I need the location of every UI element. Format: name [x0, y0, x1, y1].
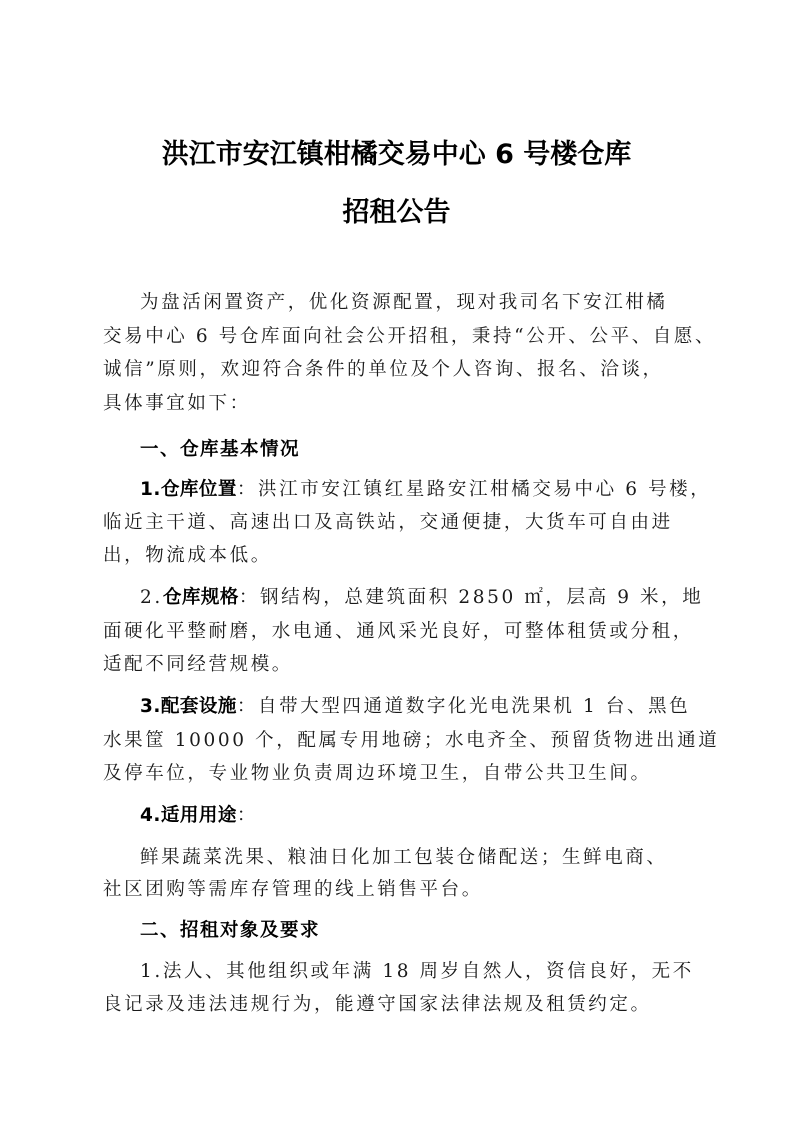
item-3-number: 3.	[140, 696, 161, 717]
intro-line-1: 为盘活闲置资产，优化资源配置，现对我司名下安江柑橘	[140, 290, 668, 316]
item-1-line-3: 出，物流成本低。	[103, 543, 272, 569]
item-3-line-2: 水果筐 10000 个，配属专用地磅；水电齐全、预留货物进出通道	[103, 728, 719, 754]
item-1-label: 仓库位置	[161, 479, 237, 500]
document-title-line-1: 洪江市安江镇柑橘交易中心 6 号楼仓库	[0, 138, 793, 172]
item-2-colon: ：	[239, 587, 260, 608]
document-title-line-2: 招租公告	[0, 196, 793, 230]
item-3-line-1: 自带大型四通道数字化光电洗果机 1 台、黑色	[258, 696, 690, 717]
item-4-line-2: 社区团购等需库存管理的线上销售平台。	[103, 877, 483, 903]
section-2-item-1-line-1: 1.法人、其他组织或年满 18 周岁自然人，资信良好，无不	[140, 959, 694, 985]
item-2-line-3: 适配不同经营规模。	[103, 652, 293, 678]
item-1-colon: ：	[237, 479, 258, 500]
item-2-label: 仓库规格	[163, 587, 239, 608]
section-2-item-1-line-2: 良记录及违法违规行为，能遵守国家法律法规及租赁约定。	[103, 992, 652, 1018]
item-4-line-1: 鲜果蔬菜洗果、粮油日化加工包装仓储配送；生鲜电商、	[140, 845, 668, 871]
intro-line-2: 交易中心 6 号仓库面向社会公开招租，秉持“公开、公平、自愿、	[103, 324, 716, 350]
item-1-line-1: 洪江市安江镇红星路安江柑橘交易中心 6 号楼，	[258, 479, 711, 500]
item-3-first-line: 3.配套设施：自带大型四通道数字化光电洗果机 1 台、黑色	[140, 694, 690, 720]
item-4-colon: ：	[237, 805, 258, 826]
item-3-line-3: 及停车位，专业物业负责周边环境卫生，自带公共卫生间。	[103, 761, 652, 787]
item-4-label: 适用用途	[161, 805, 237, 826]
item-1-line-2: 临近主干道、高速出口及高铁站，交通便捷，大货车可自由进	[103, 510, 673, 536]
section-2-heading: 二、招租对象及要求	[140, 918, 320, 944]
item-4-first-line: 4.适用用途：	[140, 803, 258, 829]
item-4-number: 4.	[140, 805, 161, 826]
intro-line-4: 具体事宜如下：	[103, 391, 251, 417]
item-3-label: 配套设施	[161, 696, 237, 717]
item-2-number: 2.	[140, 587, 163, 608]
section-1-heading: 一、仓库基本情况	[140, 437, 300, 463]
item-2-line-1: 钢结构，总建筑面积 2850 ㎡，层高 9 米，地	[260, 587, 703, 608]
intro-line-3: 诚信”原则，欢迎符合条件的单位及个人咨询、报名、洽谈，	[103, 357, 664, 383]
item-2-line-2: 面硬化平整耐磨，水电通、通风采光良好，可整体租赁或分租，	[103, 619, 694, 645]
item-3-colon: ：	[237, 696, 258, 717]
item-1-number: 1.	[140, 479, 161, 500]
item-2-first-line: 2.仓库规格：钢结构，总建筑面积 2850 ㎡，层高 9 米，地	[140, 585, 703, 611]
item-1-first-line: 1.仓库位置：洪江市安江镇红星路安江柑橘交易中心 6 号楼，	[140, 477, 711, 503]
